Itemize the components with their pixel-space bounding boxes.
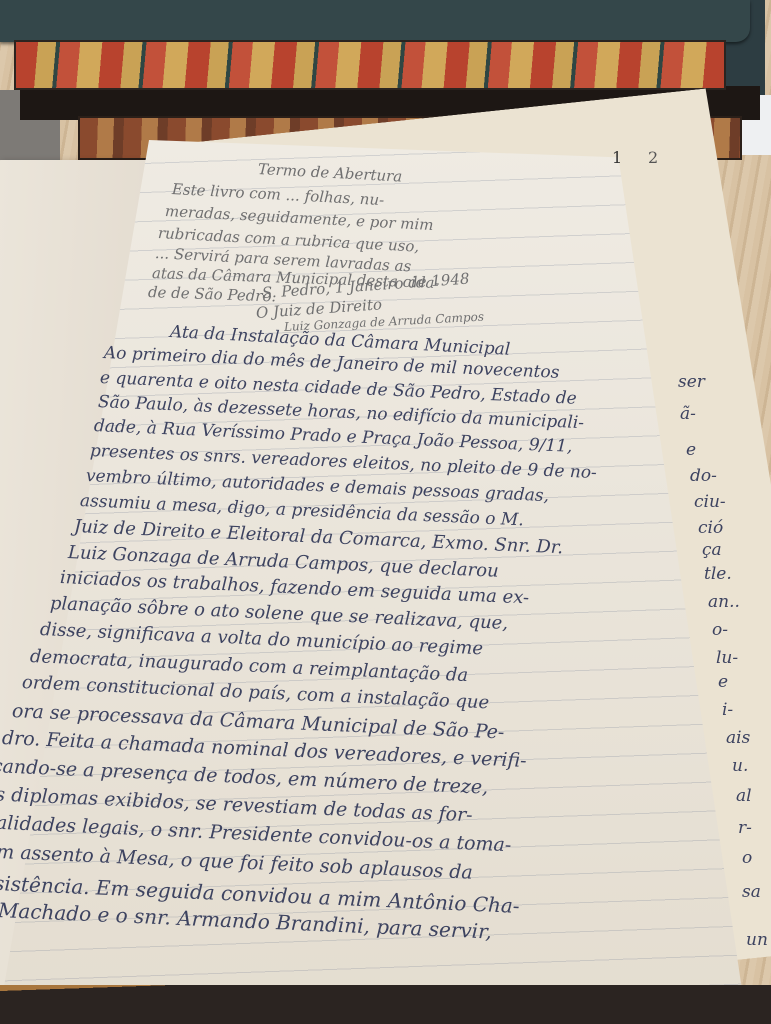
fragment-text: o (742, 848, 752, 868)
fragment-text: ã- (680, 404, 696, 424)
fragment-text: u. (732, 756, 748, 776)
fragment-text: e (718, 672, 728, 692)
top-book-cover (0, 0, 750, 42)
fragment-text: e (686, 440, 696, 460)
fragment-text: ció (698, 518, 723, 538)
fragment-text: sa (742, 882, 761, 902)
page-number: 1 (612, 148, 622, 167)
fragment-text: lu- (716, 648, 738, 668)
fragment-text: do- (690, 466, 717, 486)
fragment-text: ciu- (694, 492, 726, 512)
fragment-text: r- (738, 818, 752, 838)
fragment-text: an.. (708, 592, 740, 612)
fragment-text: al (736, 786, 752, 806)
ledger-cover-bottom-edge (0, 985, 771, 1024)
top-book-marbled-edge (14, 40, 726, 90)
fragment-text: ais (726, 728, 750, 748)
fragment-text: ser (678, 372, 705, 392)
fragment-text: i- (722, 700, 733, 720)
fragment-text: tle. (704, 564, 732, 584)
fragment-text: ça (702, 540, 722, 560)
page-number: 2 (648, 148, 658, 167)
fragment-text: o- (712, 620, 728, 640)
fragment-text: un (746, 930, 768, 950)
